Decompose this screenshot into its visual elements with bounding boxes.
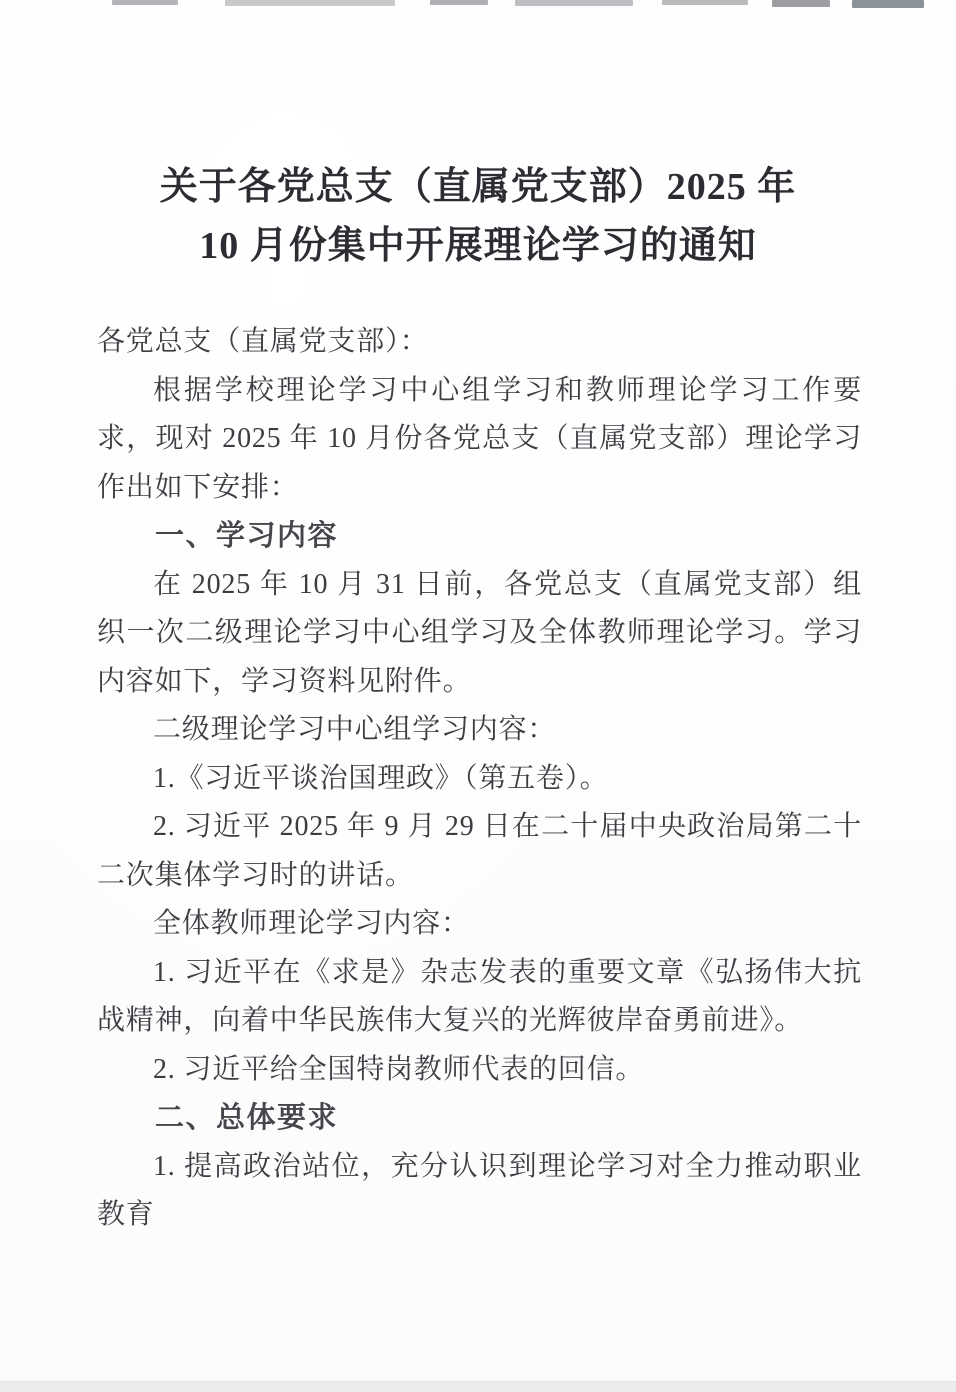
scan-artifact bbox=[662, 0, 748, 5]
intro-paragraph: 根据学校理论学习中心组学习和教师理论学习工作要求，现对 2025 年 10 月份… bbox=[97, 367, 862, 513]
scanner-edge-strip bbox=[0, 1381, 956, 1392]
section-2-line-1: 1. 提高政治站位，充分认识到理论学习对全力推动职业教育 bbox=[97, 1143, 862, 1240]
teachers-item-2: 2. 习近平给全国特岗教师代表的回信。 bbox=[97, 1046, 862, 1095]
scan-artifact bbox=[225, 0, 395, 6]
section-1-heading: 一、学习内容 bbox=[97, 512, 862, 561]
salutation: 各党总支（直属党支部）： bbox=[97, 318, 862, 367]
scanned-document-page: 关于各党总支（直属党支部）2025 年 10 月份集中开展理论学习的通知 各党总… bbox=[0, 0, 956, 1392]
scan-artifact bbox=[852, 0, 924, 8]
title-line-1: 关于各党总支（直属党支部）2025 年 bbox=[0, 158, 956, 217]
section-2-heading: 二、总体要求 bbox=[97, 1094, 862, 1143]
teachers-item-1: 1. 习近平在《求是》杂志发表的重要文章《弘扬伟大抗战精神，向着中华民族伟大复兴… bbox=[97, 949, 862, 1046]
scan-artifact bbox=[515, 0, 633, 6]
title-line-2: 10 月份集中开展理论学习的通知 bbox=[0, 217, 956, 276]
center-group-item-1: 1.《习近平谈治国理政》（第五卷）。 bbox=[97, 755, 862, 804]
center-group-label: 二级理论学习中心组学习内容： bbox=[97, 706, 862, 755]
center-group-item-2: 2. 习近平 2025 年 9 月 29 日在二十届中央政治局第二十二次集体学习… bbox=[97, 803, 862, 900]
document-body: 各党总支（直属党支部）： 根据学校理论学习中心组学习和教师理论学习工作要求，现对… bbox=[0, 318, 956, 1240]
section-1-intro: 在 2025 年 10 月 31 日前，各党总支（直属党支部）组织一次二级理论学… bbox=[97, 561, 862, 707]
scan-artifact bbox=[772, 0, 830, 7]
scan-artifact bbox=[112, 0, 178, 5]
teachers-label: 全体教师理论学习内容： bbox=[97, 900, 862, 949]
scan-artifact-top-edge bbox=[0, 0, 956, 10]
scan-artifact bbox=[430, 0, 488, 5]
document-title: 关于各党总支（直属党支部）2025 年 10 月份集中开展理论学习的通知 bbox=[0, 158, 956, 276]
